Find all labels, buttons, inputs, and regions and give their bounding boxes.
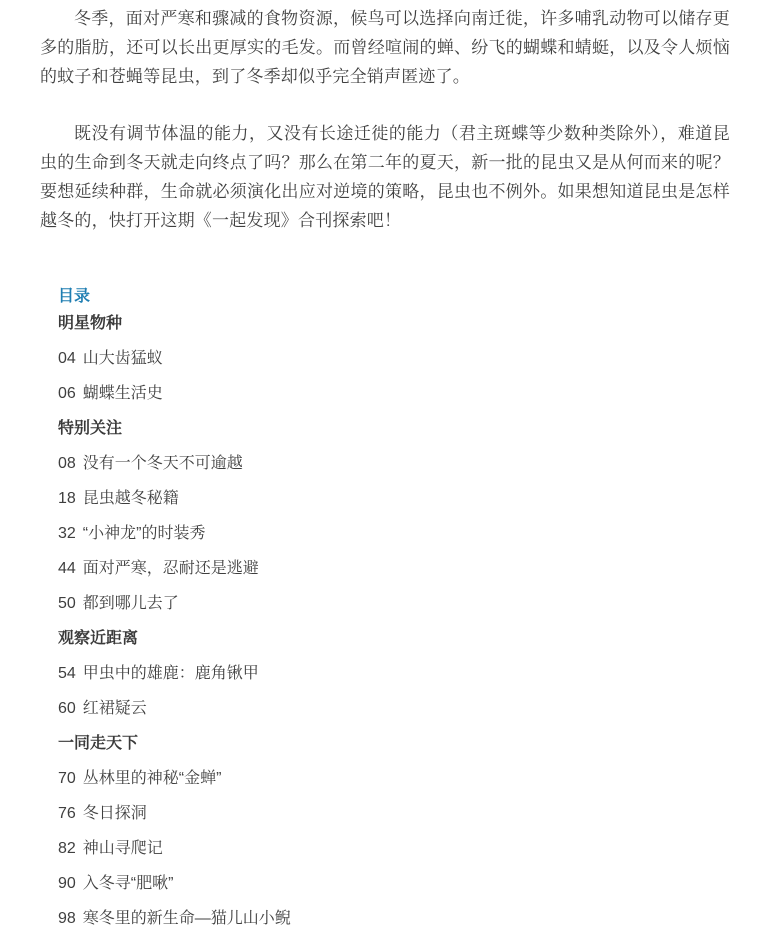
toc-entry-page: 04 (58, 350, 76, 367)
toc-entry-page: 98 (58, 910, 76, 927)
toc-entry: 76冬日探洞 (58, 796, 730, 831)
toc-entry-page: 76 (58, 805, 76, 822)
toc-entry-title: 丛林里的神秘“金蝉” (83, 770, 222, 787)
toc-entry: 54甲虫中的雄鹿：鹿角锹甲 (58, 656, 730, 691)
toc-entry: 18昆虫越冬秘籍 (58, 481, 730, 516)
toc-entry-title: “小神龙”的时装秀 (83, 525, 206, 542)
toc-entry-title: 冬日探洞 (83, 805, 147, 822)
toc-entry-page: 08 (58, 455, 76, 472)
toc-entry-page: 54 (58, 665, 76, 682)
intro-paragraph: 冬季，面对严寒和骤减的食物资源，候鸟可以选择向南迁徙，许多哺乳动物可以储存更多的… (40, 4, 730, 91)
toc-entry: 32“小神龙”的时装秀 (58, 516, 730, 551)
toc-entry: 90入冬寻“肥啾” (58, 866, 730, 901)
toc-entry: 60红裙疑云 (58, 691, 730, 726)
toc-entry: 04山大齿猛蚁 (58, 341, 730, 376)
toc-entry-title: 甲虫中的雄鹿：鹿角锹甲 (83, 665, 259, 682)
toc-entry-title: 没有一个冬天不可逾越 (83, 455, 243, 472)
toc-entry-title: 蝴蝶生活史 (83, 385, 163, 402)
toc-section-heading: 观察近距离 (58, 621, 730, 656)
article-page: 冬季，面对严寒和骤减的食物资源，候鸟可以选择向南迁徙，许多哺乳动物可以储存更多的… (0, 0, 781, 932)
table-of-contents: 目录 明星物种 04山大齿猛蚁 06蝴蝶生活史 特别关注 08没有一个冬天不可逾… (58, 288, 730, 932)
toc-section-heading: 特别关注 (58, 411, 730, 446)
toc-entry-page: 32 (58, 525, 76, 542)
toc-entry-title: 寒冬里的新生命—猫儿山小鲵 (83, 910, 291, 927)
toc-entry-page: 06 (58, 385, 76, 402)
toc-entry: 82神山寻爬记 (58, 831, 730, 866)
toc-entry-title: 昆虫越冬秘籍 (83, 490, 179, 507)
intro-text: 冬季，面对严寒和骤减的食物资源，候鸟可以选择向南迁徙，许多哺乳动物可以储存更多的… (40, 4, 730, 235)
toc-entry: 08没有一个冬天不可逾越 (58, 446, 730, 481)
toc-entry: 70丛林里的神秘“金蝉” (58, 761, 730, 796)
toc-entry-page: 44 (58, 560, 76, 577)
toc-section-heading: 一同走天下 (58, 726, 730, 761)
toc-entry-title: 神山寻爬记 (83, 840, 163, 857)
toc-entry-page: 60 (58, 700, 76, 717)
intro-paragraph: 既没有调节体温的能力，又没有长途迁徙的能力（君主斑蝶等少数种类除外），难道昆虫的… (40, 119, 730, 235)
toc-entry-page: 50 (58, 595, 76, 612)
toc-entry-page: 82 (58, 840, 76, 857)
toc-entry: 50都到哪儿去了 (58, 586, 730, 621)
toc-entry: 06蝴蝶生活史 (58, 376, 730, 411)
toc-entry-page: 18 (58, 490, 76, 507)
toc-entry-title: 入冬寻“肥啾” (83, 875, 174, 892)
toc-entry-title: 都到哪儿去了 (83, 595, 179, 612)
toc-entry: 44面对严寒，忍耐还是逃避 (58, 551, 730, 586)
toc-entry-title: 面对严寒，忍耐还是逃避 (83, 560, 259, 577)
toc-entry-title: 红裙疑云 (83, 700, 147, 717)
toc-entry-page: 90 (58, 875, 76, 892)
toc-entry-page: 70 (58, 770, 76, 787)
toc-section-heading: 明星物种 (58, 306, 730, 341)
toc-entry: 98寒冬里的新生命—猫儿山小鲵 (58, 901, 730, 932)
toc-entry-title: 山大齿猛蚁 (83, 350, 163, 367)
toc-title: 目录 (58, 288, 730, 306)
